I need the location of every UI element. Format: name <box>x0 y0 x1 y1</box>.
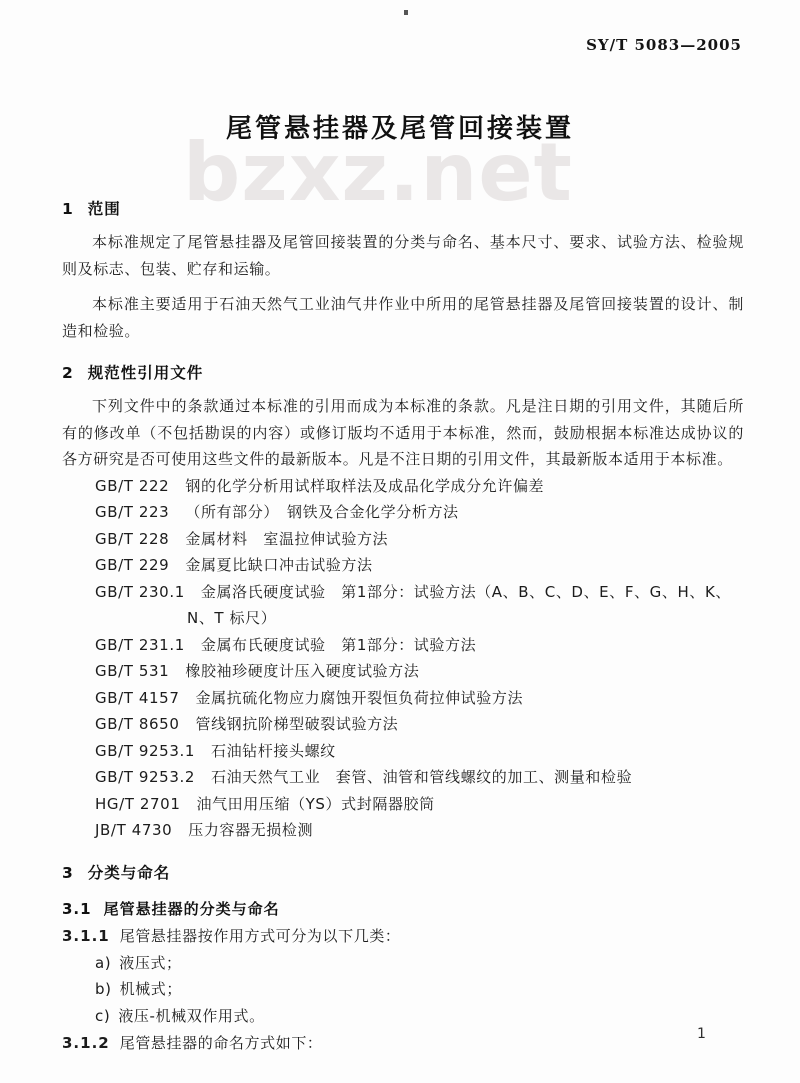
reference-code: GB/T 9253.1 <box>95 742 195 760</box>
reference-item: GB/T 9253.2石油天然气工业 套管、油管和管线螺纹的加工、测量和检验 <box>95 764 744 791</box>
references-list: GB/T 222钢的化学分析用试样取样法及成品化学成分允许偏差 GB/T 223… <box>95 473 744 844</box>
subsection-3-1-title: 尾管悬挂器的分类与命名 <box>104 900 280 918</box>
reference-title: 石油天然气工业 套管、油管和管线螺纹的加工、测量和检验 <box>211 768 632 786</box>
clause-3-1-2: 3.1.2尾管悬挂器的命名方式如下： <box>62 1030 744 1057</box>
subsection-3-1-number: 3.1 <box>62 900 92 918</box>
list-item-label: b) <box>95 980 112 998</box>
reference-code: GB/T 8650 <box>95 715 179 733</box>
scope-paragraph-2: 本标准主要适用于石油天然气工业油气井作业中所用的尾管悬挂器及尾管回接装置的设计、… <box>62 291 744 344</box>
clause-3-1-2-text: 尾管悬挂器的命名方式如下： <box>120 1034 323 1052</box>
section-3-title: 分类与命名 <box>88 864 171 882</box>
reference-code: GB/T 230.1 <box>95 583 185 601</box>
list-item-label: a) <box>95 954 111 972</box>
reference-title: 钢的化学分析用试样取样法及成品化学成分允许偏差 <box>185 477 544 495</box>
section-1-number: 1 <box>62 200 74 218</box>
reference-title: 金属材料 室温拉伸试验方法 <box>185 530 388 548</box>
reference-item: GB/T 8650管线钢抗阶梯型破裂试验方法 <box>95 711 744 738</box>
reference-code: GB/T 223 <box>95 503 169 521</box>
section-1-title: 范围 <box>88 200 121 218</box>
reference-code: GB/T 531 <box>95 662 169 680</box>
list-item: c)液压-机械双作用式。 <box>95 1003 744 1030</box>
clause-3-1-1-text: 尾管悬挂器按作用方式可分为以下几类： <box>120 927 401 945</box>
reference-title: （所有部分） 钢铁及合金化学分析方法 <box>185 503 458 521</box>
reference-title: 橡胶袖珍硬度计压入硬度试验方法 <box>185 662 419 680</box>
reference-title: 管线钢抗阶梯型破裂试验方法 <box>195 715 398 733</box>
section-2-number: 2 <box>62 364 74 382</box>
reference-item: GB/T 9253.1石油钻杆接头螺纹 <box>95 738 744 765</box>
list-item-text: 液压-机械双作用式。 <box>118 1007 264 1025</box>
reference-code: GB/T 9253.2 <box>95 768 195 786</box>
reference-title: 压力容器无损检测 <box>188 821 313 839</box>
reference-code: GB/T 229 <box>95 556 169 574</box>
subsection-3-1-heading: 3.1尾管悬挂器的分类与命名 <box>62 896 744 923</box>
list-item: b)机械式； <box>95 976 744 1003</box>
clause-3-1-1-number: 3.1.1 <box>62 927 110 945</box>
section-1-heading: 1范围 <box>62 198 744 220</box>
reference-item: GB/T 229金属夏比缺口冲击试验方法 <box>95 552 744 579</box>
list-item: a)液压式； <box>95 950 744 977</box>
clause-3-1-2-number: 3.1.2 <box>62 1034 110 1052</box>
reference-item: GB/T 231.1金属布氏硬度试验 第1部分：试验方法 <box>95 632 744 659</box>
reference-item: GB/T 230.1金属洛氏硬度试验 第1部分：试验方法（A、B、C、D、E、F… <box>95 579 744 632</box>
references-intro: 下列文件中的条款通过本标准的引用而成为本标准的条款。凡是注日期的引用文件，其随后… <box>62 393 744 473</box>
document-body: 1范围 本标准规定了尾管悬挂器及尾管回接装置的分类与命名、基本尺寸、要求、试验方… <box>62 198 744 1057</box>
scanned-standard-page: { "page": { "code": "SY/T 5083—2005", "t… <box>0 0 800 1083</box>
hanger-type-list: a)液压式； b)机械式； c)液压-机械双作用式。 <box>95 950 744 1030</box>
reference-title: 油气田用压缩（YS）式封隔器胶筒 <box>196 795 434 813</box>
reference-code: GB/T 231.1 <box>95 636 185 654</box>
section-3-heading: 3分类与命名 <box>62 862 744 884</box>
reference-title: 金属夏比缺口冲击试验方法 <box>185 556 372 574</box>
reference-code: HG/T 2701 <box>95 795 180 813</box>
reference-code: GB/T 222 <box>95 477 169 495</box>
scope-paragraph-1: 本标准规定了尾管悬挂器及尾管回接装置的分类与命名、基本尺寸、要求、试验方法、检验… <box>62 229 744 282</box>
section-2-title: 规范性引用文件 <box>88 364 204 382</box>
reference-item: HG/T 2701油气田用压缩（YS）式封隔器胶筒 <box>95 791 744 818</box>
clause-3-1-1: 3.1.1尾管悬挂器按作用方式可分为以下几类： <box>62 923 744 950</box>
reference-code: JB/T 4730 <box>95 821 172 839</box>
reference-title: 石油钻杆接头螺纹 <box>211 742 336 760</box>
list-item-text: 液压式； <box>119 954 181 972</box>
list-item-text: 机械式； <box>120 980 182 998</box>
section-2-heading: 2规范性引用文件 <box>62 362 744 384</box>
scan-artifact-speck <box>404 10 408 15</box>
reference-title: 金属布氏硬度试验 第1部分：试验方法 <box>201 636 476 654</box>
reference-code: GB/T 4157 <box>95 689 179 707</box>
reference-title: 金属洛氏硬度试验 第1部分：试验方法（A、B、C、D、E、F、G、H、K、N、T… <box>187 583 731 628</box>
reference-item: GB/T 4157金属抗硫化物应力腐蚀开裂恒负荷拉伸试验方法 <box>95 685 744 712</box>
section-3-number: 3 <box>62 864 74 882</box>
reference-item: JB/T 4730压力容器无损检测 <box>95 817 744 844</box>
list-item-label: c) <box>95 1007 110 1025</box>
reference-item: GB/T 531橡胶袖珍硬度计压入硬度试验方法 <box>95 658 744 685</box>
reference-item: GB/T 222钢的化学分析用试样取样法及成品化学成分允许偏差 <box>95 473 744 500</box>
reference-item: GB/T 228金属材料 室温拉伸试验方法 <box>95 526 744 553</box>
standard-code: SY/T 5083—2005 <box>586 36 742 54</box>
page-number: 1 <box>697 1026 706 1042</box>
reference-title: 金属抗硫化物应力腐蚀开裂恒负荷拉伸试验方法 <box>195 689 523 707</box>
reference-item: GB/T 223（所有部分） 钢铁及合金化学分析方法 <box>95 499 744 526</box>
reference-code: GB/T 228 <box>95 530 169 548</box>
